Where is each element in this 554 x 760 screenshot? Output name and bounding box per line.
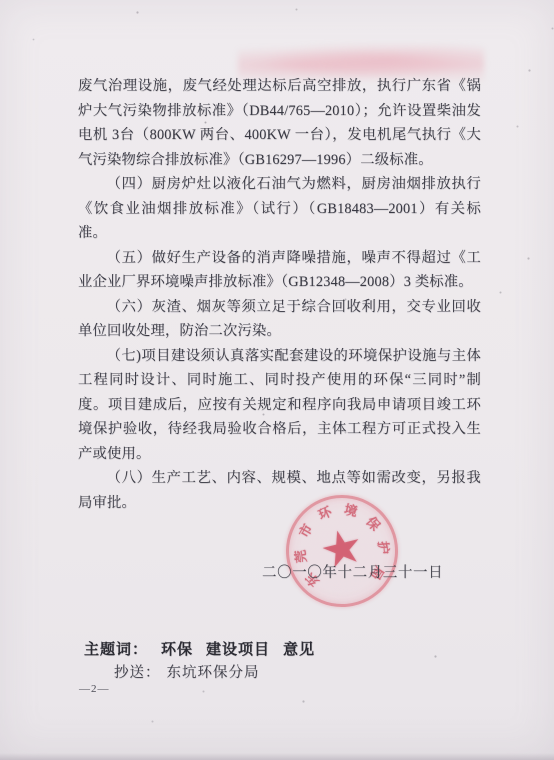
paragraph-item-6: （六）灰渣、烟灰等须立足于综合回收利用，交专业回收单位回收处理，防治二次污染。 — [78, 295, 481, 344]
page-number: —2— — [79, 683, 110, 695]
scan-noise — [0, 0, 1, 1]
subject-term-2: 建设项目 — [206, 641, 270, 658]
subject-keywords-line: 主题词：环保建设项目意见 — [84, 638, 315, 659]
paragraph-item-7: （七)项目建设须认真落实配套建设的环境保护设施与主体工程同时设计、同时施工、同时… — [78, 344, 481, 467]
scanned-document-page: 废气治理设施，废气经处理达标后高空排放，执行广东省《锅炉大气污染物排放标准》（D… — [0, 0, 554, 760]
cc-line: 抄送：东坑环保分局 — [114, 661, 260, 682]
official-seal: 东莞市环境保护局 ★ — [280, 489, 403, 612]
paragraph-continuation: 废气治理设施，废气经处理达标后高空排放，执行广东省《锅炉大气污染物排放标准》（D… — [78, 74, 481, 172]
subject-term-1: 环保 — [161, 641, 193, 658]
paragraph-item-5: （五）做好生产设备的消声降噪措施，噪声不得超过《工业企业厂界环境噪声排放标准》（… — [78, 246, 481, 295]
subject-label: 主题词： — [84, 641, 148, 658]
document-body: 废气治理设施，废气经处理达标后高空排放，执行广东省《锅炉大气污染物排放标准》（D… — [78, 74, 481, 515]
document-date: 二〇一〇年十二月三十一日 — [262, 561, 443, 582]
cc-label: 抄送： — [114, 665, 161, 681]
paragraph-item-4: （四）厨房炉灶以液化石油气为燃料，厨房油烟排放执行《饮食业油烟排放标准》（试行）… — [78, 172, 481, 246]
paragraph-item-8: （八）生产工艺、内容、规模、地点等如需改变，另报我局审批。 — [78, 466, 481, 515]
subject-term-3: 意见 — [283, 641, 315, 658]
cc-value: 东坑环保分局 — [167, 665, 260, 681]
